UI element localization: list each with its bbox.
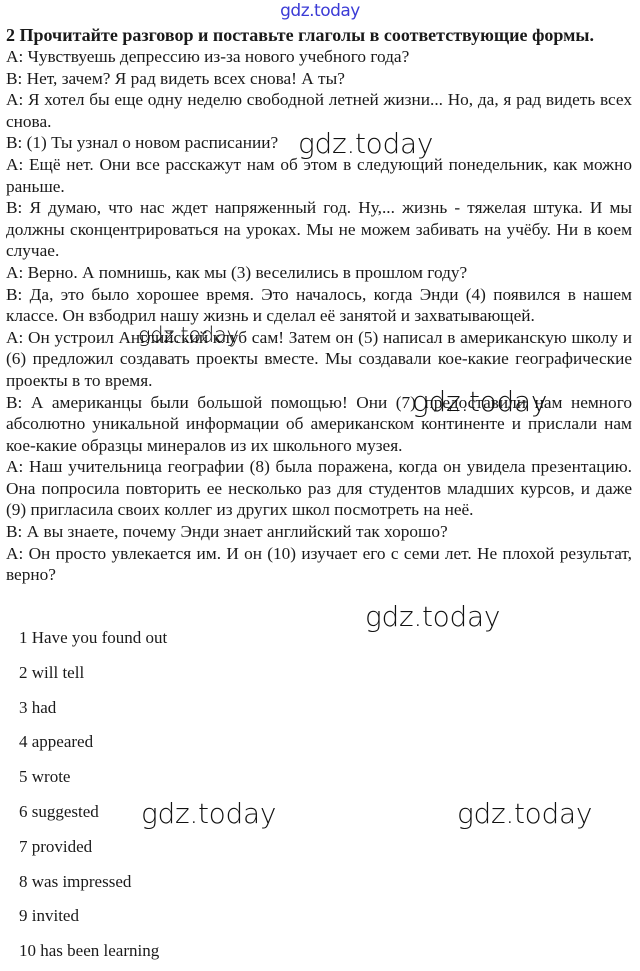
dialogue-line: А: Верно. А помнишь, как мы (3) веселили… xyxy=(6,262,632,284)
dialogue-line: В: Да, это было хорошее время. Это начал… xyxy=(6,284,632,327)
answer-item: 9 invited xyxy=(19,906,167,941)
dialogue-line: А: Он устроил Английский клуб сам! Затем… xyxy=(6,327,632,392)
watermark-top: gdz.today xyxy=(0,1,640,21)
answer-item: 4 appeared xyxy=(19,732,167,767)
answer-item: 8 was impressed xyxy=(19,872,167,907)
dialogue-line: В: Нет, зачем? Я рад видеть всех снова! … xyxy=(6,68,632,90)
watermark: gdz.today xyxy=(365,600,500,633)
answer-item: 10 has been learning xyxy=(19,941,167,971)
watermark: gdz.today xyxy=(141,797,276,830)
answer-item: 3 had xyxy=(19,698,167,733)
dialogue-line: А: Чувствуешь депрессию из-за нового уче… xyxy=(6,46,632,68)
dialogue-line: А: Ещё нет. Они все расскажут нам об это… xyxy=(6,154,632,197)
exercise-text: 2 Прочитайте разговор и поставьте глагол… xyxy=(6,24,632,586)
watermark: gdz.today xyxy=(412,385,547,418)
answer-item: 7 provided xyxy=(19,837,167,872)
dialogue-line: А: Я хотел бы еще одну неделю свободной … xyxy=(6,89,632,132)
dialogue-line: А: Он просто увлекается им. И он (10) из… xyxy=(6,543,632,586)
dialogue-line: В: Я думаю, что нас ждет напряженный год… xyxy=(6,197,632,262)
answer-item: 2 will tell xyxy=(19,663,167,698)
answer-item: 1 Have you found out xyxy=(19,628,167,663)
watermark: gdz.today xyxy=(138,323,239,347)
exercise-title: 2 Прочитайте разговор и поставьте глагол… xyxy=(6,24,632,46)
watermark: gdz.today xyxy=(298,127,433,160)
watermark: gdz.today xyxy=(457,797,592,830)
dialogue-line: В: А вы знаете, почему Энди знает англий… xyxy=(6,521,632,543)
dialogue-line: А: Наш учительница географии (8) была по… xyxy=(6,456,632,521)
